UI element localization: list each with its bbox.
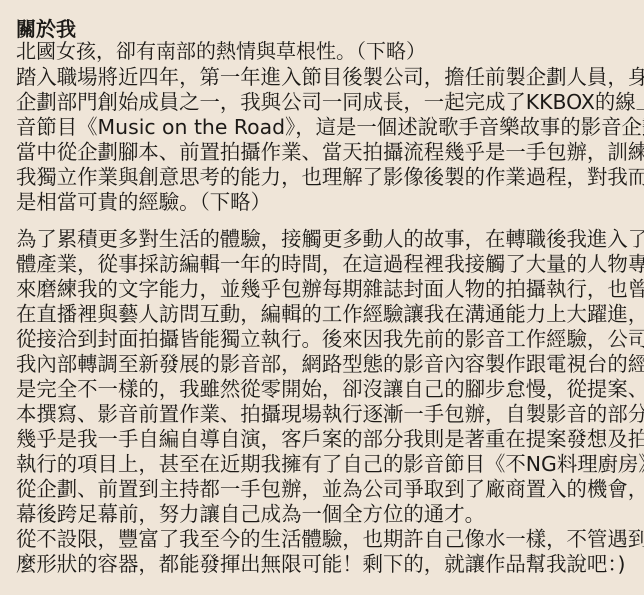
paragraph-line: 從企劃、前置到主持都一手包辦，並為公司爭取到了廠商置入的機會，從 xyxy=(16,477,636,502)
paragraph-line: 本撰寫、影音前置作業、拍攝現場執行逐漸一手包辦，自製影音的部分也 xyxy=(16,402,636,427)
section-title: 關於我 xyxy=(16,17,76,41)
paragraph-line: 幾乎是我一手自編自導自演，客戶案的部分我則是著重在提案發想及拍攝 xyxy=(16,427,636,452)
paragraph-line: 踏入職場將近四年，第一年進入節目後製公司，擔任前製企劃人員，身為 xyxy=(16,65,636,90)
paragraph-line: 從不設限，豐富了我至今的生活體驗，也期許自己像水一樣，不管遇到什 xyxy=(16,527,636,552)
paragraph-closing: 從不設限，豐富了我至今的生活體驗，也期許自己像水一樣，不管遇到什 麼形狀的容器，… xyxy=(16,527,636,577)
paragraph-line: 體產業，從事採訪編輯一年的時間，在這過程裡我接觸了大量的人物專訪 xyxy=(16,252,636,277)
paragraph-media-experience: 為了累積更多對生活的體驗，接觸更多動人的故事，在轉職後我進入了媒 體產業，從事採… xyxy=(16,227,636,527)
paragraph-line: 是相當可貴的經驗。（下略） xyxy=(16,190,636,215)
paragraph-line: 音節目《Music on the Road》，這是一個述說歌手音樂故事的影音企劃… xyxy=(16,115,636,140)
paragraph-line: 在直播裡與藝人訪問互動，編輯的工作經驗讓我在溝通能力上大躍進，並 xyxy=(16,302,636,327)
paragraph-line: 我內部轉調至新發展的影音部，網路型態的影音內容製作跟電視台的經驗 xyxy=(16,352,636,377)
about-me-document: 關於我 北國女孩，卻有南部的熱情與草根性。（下略） 踏入職場將近四年，第一年進入… xyxy=(0,0,644,595)
paragraph-work-experience: 踏入職場將近四年，第一年進入節目後製公司，擔任前製企劃人員，身為 企劃部門創始成… xyxy=(16,65,636,215)
paragraph-line: 執行的項目上，甚至在近期我擁有了自己的影音節目《不NG料理廚房》， xyxy=(16,452,636,477)
paragraph-line: 幕後跨足幕前，努力讓自己成為一個全方位的通才。 xyxy=(16,502,636,527)
paragraph-line: 當中從企劃腳本、前置拍攝作業、當天拍攝流程幾乎是一手包辦，訓練出 xyxy=(16,140,636,165)
paragraph-line: 來磨練我的文字能力，並幾乎包辦每期雜誌封面人物的拍攝執行，也曾經 xyxy=(16,277,636,302)
paragraph-line: 為了累積更多對生活的體驗，接觸更多動人的故事，在轉職後我進入了媒 xyxy=(16,227,636,252)
paragraph-line: 是完全不一樣的，我雖然從零開始，卻沒讓自己的腳步怠慢，從提案、腳 xyxy=(16,377,636,402)
paragraph-line: 我獨立作業與創意思考的能力，也理解了影像後製的作業過程，對我而言 xyxy=(16,165,636,190)
paragraph-line: 麼形狀的容器，都能發揮出無限可能！剩下的，就讓作品幫我說吧：) xyxy=(16,552,636,577)
paragraph-line: 從接洽到封面拍攝皆能獨立執行。後來因我先前的影音工作經驗，公司將 xyxy=(16,327,636,352)
paragraph-line: 企劃部門創始成員之一，我與公司一同成長，一起完成了KKBOX的線上影 xyxy=(16,90,636,115)
section-subtitle: 北國女孩，卻有南部的熱情與草根性。（下略） xyxy=(16,39,426,63)
